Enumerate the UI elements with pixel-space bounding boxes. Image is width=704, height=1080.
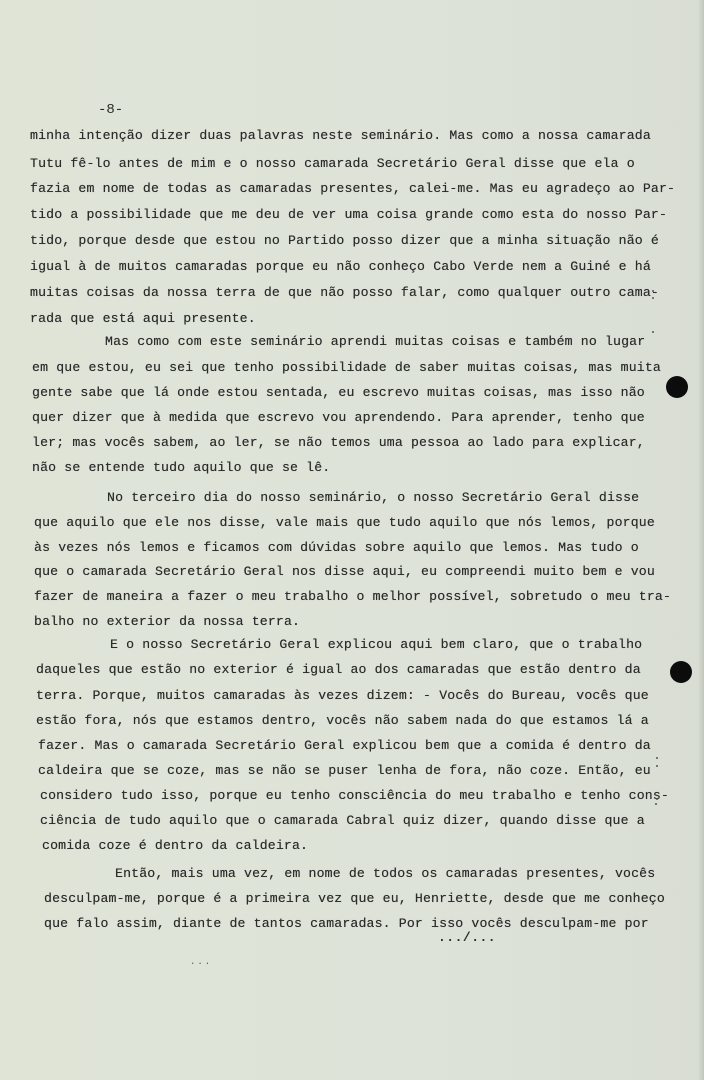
text-line: comida coze é dentro da caldeira. [42, 838, 308, 854]
speck [652, 331, 654, 333]
text-line: em que estou, eu sei que tenho possibili… [32, 360, 661, 376]
text-line: terra. Porque, muitos camaradas às vezes… [36, 688, 649, 704]
text-line: fazia em nome de todas as camaradas pres… [30, 181, 675, 197]
text-line: balho no exterior da nossa terra. [34, 614, 300, 630]
text-line: ciência de tudo aquilo que o camarada Ca… [40, 813, 645, 829]
speck [656, 757, 658, 759]
text-line: rada que está aqui presente. [30, 311, 256, 327]
text-line: igual à de muitos camaradas porque eu nã… [30, 259, 651, 275]
document-page: -8- minha intenção dizer duas palavras n… [0, 0, 704, 1080]
text-line: não se entende tudo aquilo que se lê. [32, 460, 330, 476]
text-line: gente sabe que lá onde estou sentada, eu… [32, 385, 645, 401]
text-line: que o camarada Secretário Geral nos diss… [34, 564, 655, 580]
text-line: Mas como com este seminário aprendi muit… [105, 334, 645, 350]
speck [655, 803, 657, 805]
text-line: Então, mais uma vez, em nome de todos os… [115, 866, 655, 882]
text-line: considero tudo isso, porque eu tenho con… [40, 788, 669, 804]
punch-hole [666, 376, 688, 398]
text-line: às vezes nós lemos e ficamos com dúvidas… [34, 540, 639, 556]
text-line: fazer. Mas o camarada Secretário Geral e… [38, 738, 651, 754]
speck [652, 297, 654, 299]
text-line: tido a possibilidade que me deu de ver u… [30, 207, 667, 223]
text-line: quer dizer que à medida que escrevo vou … [32, 410, 645, 426]
speck [656, 798, 658, 800]
text-line: No terceiro dia do nosso seminário, o no… [107, 490, 639, 506]
text-line: muitas coisas da nossa terra de que não … [30, 285, 659, 301]
text-line: que falo assim, diante de tantos camarad… [44, 916, 649, 932]
text-line: que aquilo que ele nos disse, vale mais … [34, 515, 655, 531]
text-line: ler; mas vocês sabem, ao ler, se não tem… [32, 435, 645, 451]
speck [656, 765, 658, 767]
text-line: fazer de maneira a fazer o meu trabalho … [34, 589, 671, 605]
page-number: -8- [98, 102, 123, 118]
text-line: tido, porque desde que estou no Partido … [30, 233, 659, 249]
punch-hole [670, 661, 692, 683]
continuation-mark: .../... [438, 930, 496, 945]
text-line: minha intenção dizer duas palavras neste… [30, 128, 651, 144]
text-line: estão fora, nós que estamos dentro, você… [36, 713, 649, 729]
text-line: caldeira que se coze, mas se não se puse… [38, 763, 651, 779]
text-line: Tutu fê-lo antes de mim e o nosso camara… [30, 156, 635, 172]
text-line: desculpam-me, porque é a primeira vez qu… [44, 891, 665, 907]
text-line: daqueles que estão no exterior é igual a… [36, 662, 641, 678]
text-line: E o nosso Secretário Geral explicou aqui… [110, 637, 642, 653]
speck [652, 290, 654, 292]
stray-mark: ... [190, 957, 212, 967]
page-edge-shadow [698, 0, 704, 1080]
